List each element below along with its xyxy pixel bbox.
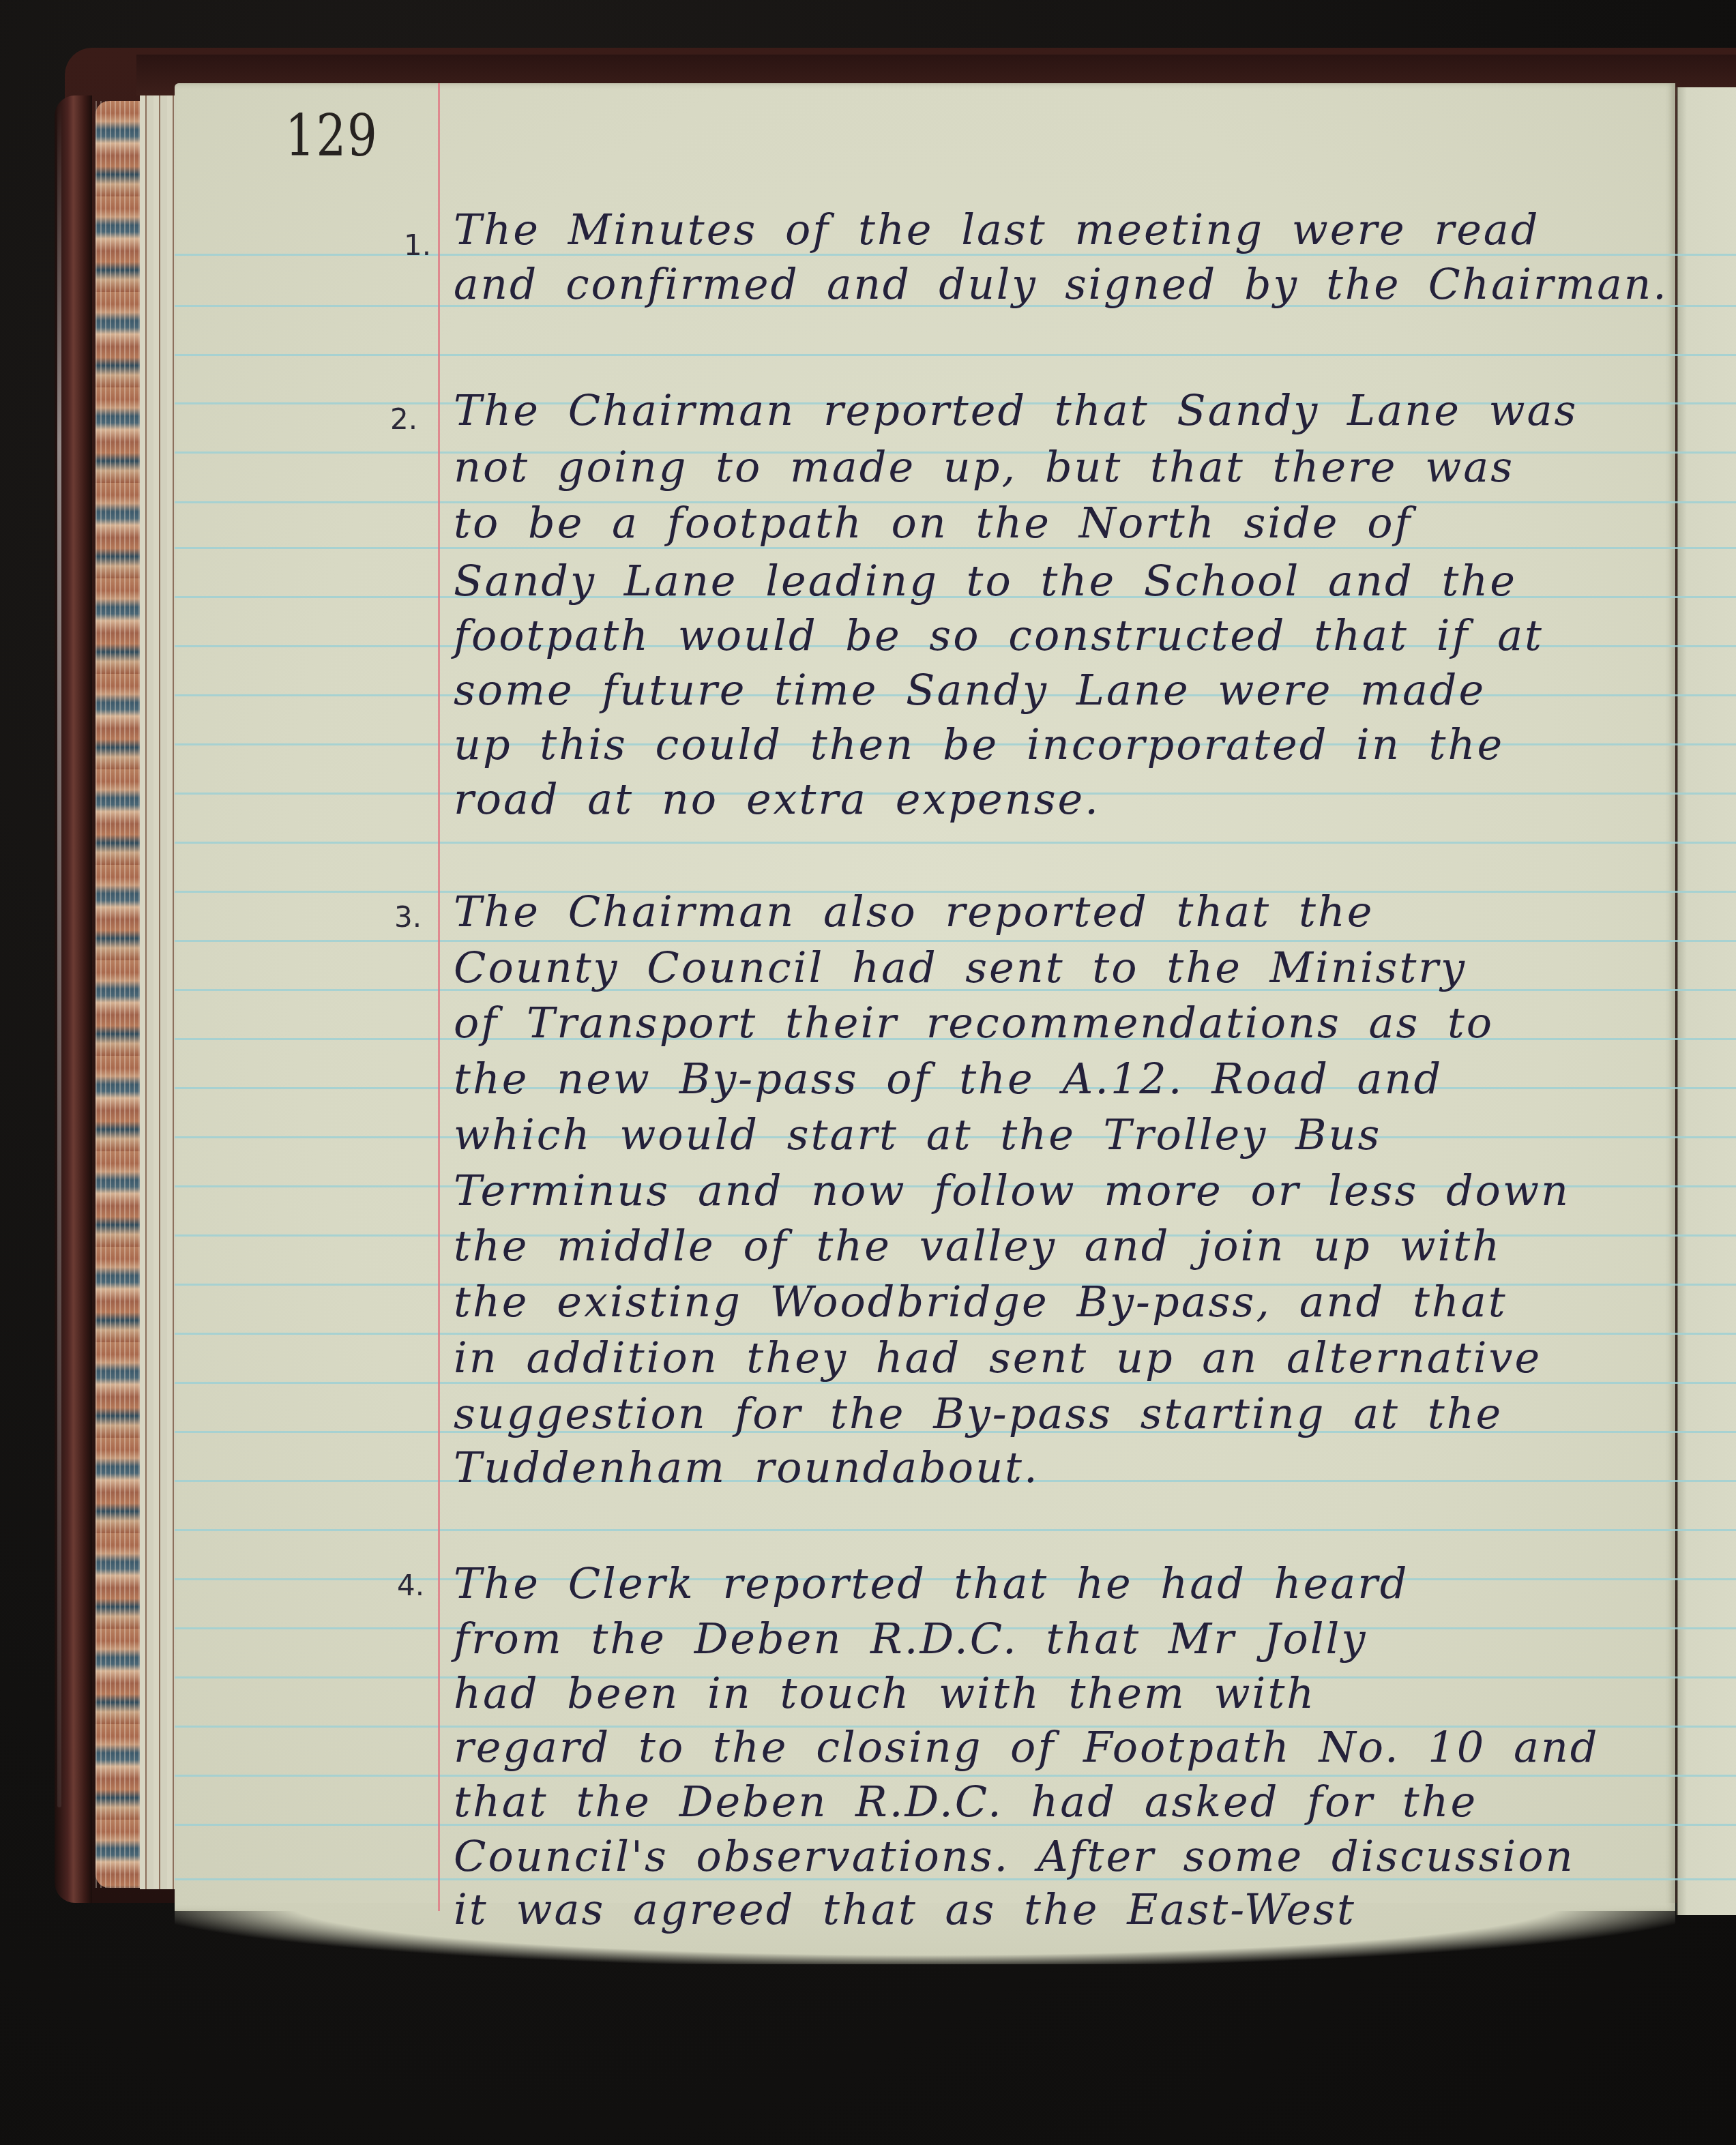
handwritten-line: The Clerk reported that he had heard (454, 1558, 1409, 1608)
handwritten-line: some future time Sandy Lane were made (454, 665, 1486, 715)
item-number: 2. (390, 402, 417, 436)
handwritten-line: in addition they had sent up an alternat… (454, 1333, 1542, 1382)
ruled-line (175, 842, 1736, 844)
handwritten-line: from the Deben R.D.C. that Mr Jolly (454, 1614, 1367, 1663)
handwritten-line: The Chairman also reported that the (454, 887, 1374, 936)
ruled-line (175, 1529, 1736, 1531)
handwritten-line: Terminus and now follow more or less dow… (454, 1166, 1570, 1215)
facing-page-edge (1677, 87, 1736, 1915)
handwritten-line: to be a footpath on the North side of (454, 498, 1412, 548)
handwritten-line: the middle of the valley and join up wit… (454, 1221, 1501, 1271)
handwritten-line: not going to made up, but that there was (454, 442, 1514, 492)
handwritten-line: up this could then be incorporated in th… (454, 720, 1504, 769)
item-number: 4. (397, 1569, 424, 1602)
item-number: 1. (404, 228, 431, 262)
handwritten-line: The Chairman reported that Sandy Lane wa… (454, 385, 1578, 435)
handwritten-line: footpath would be so constructed that if… (454, 610, 1544, 660)
page-stack (140, 95, 177, 1889)
item-number: 3. (394, 900, 422, 934)
handwritten-line: the existing Woodbridge By-pass, and tha… (454, 1277, 1507, 1327)
handwritten-line: it was agreed that as the East-West (454, 1884, 1356, 1934)
handwritten-line: the new By-pass of the A.12. Road and (454, 1054, 1443, 1104)
handwritten-line: Sandy Lane leading to the School and the (454, 556, 1517, 606)
ruled-line (175, 354, 1736, 356)
spine-highlight (57, 102, 61, 1807)
handwritten-line: Council's observations. After some discu… (454, 1831, 1575, 1881)
handwritten-line: of Transport their recommendations as to (454, 998, 1494, 1048)
red-margin-line (438, 83, 440, 1911)
handwritten-line: County Council had sent to the Ministry (454, 943, 1467, 992)
handwritten-line: suggestion for the By-pass starting at t… (454, 1389, 1503, 1438)
handwritten-line: regard to the closing of Footpath No. 10… (454, 1722, 1600, 1772)
page-number: 129 (285, 102, 378, 169)
handwritten-line: that the Deben R.D.C. had asked for the (454, 1777, 1477, 1826)
handwritten-line: The Minutes of the last meeting were rea… (454, 205, 1540, 254)
handwritten-line: Tuddenham roundabout. (454, 1443, 1040, 1492)
handwritten-line: and confirmed and duly signed by the Cha… (454, 259, 1668, 309)
ruled-line (175, 940, 1736, 942)
handwritten-line: which would start at the Trolley Bus (454, 1110, 1381, 1159)
handwritten-line: had been in touch with them with (454, 1668, 1316, 1718)
handwritten-line: road at no extra expense. (454, 774, 1100, 824)
